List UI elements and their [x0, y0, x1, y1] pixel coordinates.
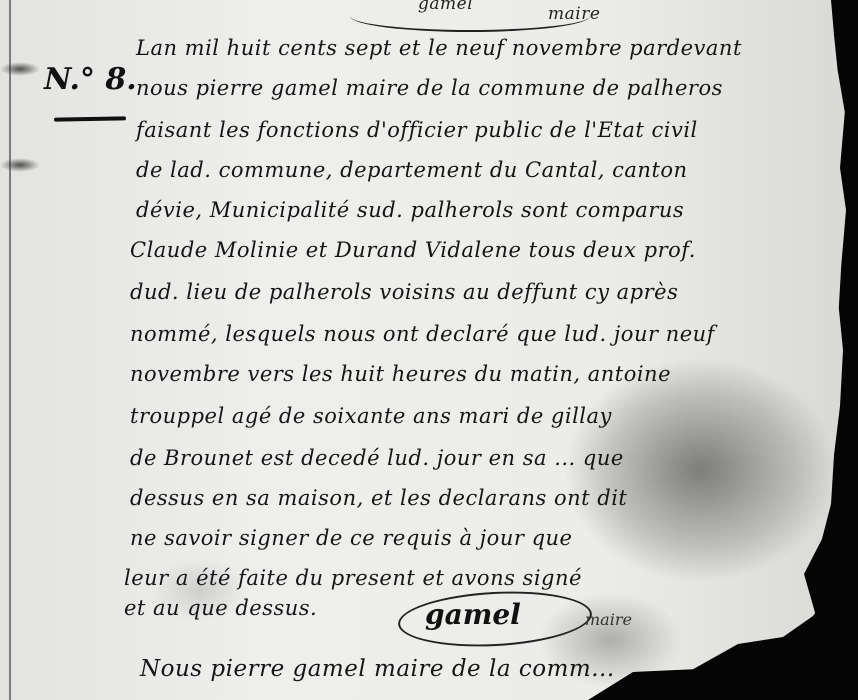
text-line-12: dessus en sa maison, et les declarans on… — [130, 486, 627, 510]
text-line-13: ne savoir signer de ce requis à jour que — [130, 526, 572, 550]
next-entry-start: Nous pierre gamel maire de la comm... — [140, 656, 615, 682]
text-line-10: trouppel agé de soixante ans mari de gil… — [130, 404, 612, 428]
text-line-5: dévie, Municipalité sud. palherols sont … — [136, 198, 684, 222]
text-line-1: Lan mil huit cents sept et le neuf novem… — [136, 36, 742, 60]
text-line-7: dud. lieu de palherols voisins au deffun… — [130, 280, 678, 304]
document-page: gamel maire N.° 8. Lan mil huit cents se… — [0, 0, 858, 700]
margin-ink-blot — [0, 158, 40, 172]
text-line-2: nous pierre gamel maire de la commune de… — [136, 76, 723, 100]
text-line-11: de Brounet est decedé lud. jour en sa ..… — [130, 446, 624, 470]
entry-number-underline — [54, 116, 126, 121]
text-line-9: novembre vers les huit heures du matin, … — [130, 362, 671, 386]
text-line-8: nommé, lesquels nous ont declaré que lud… — [130, 322, 715, 346]
entry-number: N.° 8. — [44, 62, 137, 97]
margin-rule — [9, 0, 11, 700]
signature-title: maire — [585, 610, 632, 629]
signature: gamel — [425, 598, 521, 631]
header-suffix: maire — [548, 4, 600, 24]
text-line-3: faisant les fonctions d'officier public … — [136, 118, 698, 142]
text-line-15: et au que dessus. — [124, 596, 317, 620]
text-line-4: de lad. commune, departement du Cantal, … — [136, 158, 688, 182]
text-line-6: Claude Molinie et Durand Vidalene tous d… — [130, 238, 696, 262]
text-line-14: leur a été faite du present et avons sig… — [124, 566, 582, 590]
header-fragment: gamel — [418, 0, 473, 14]
margin-ink-blot — [0, 62, 40, 76]
